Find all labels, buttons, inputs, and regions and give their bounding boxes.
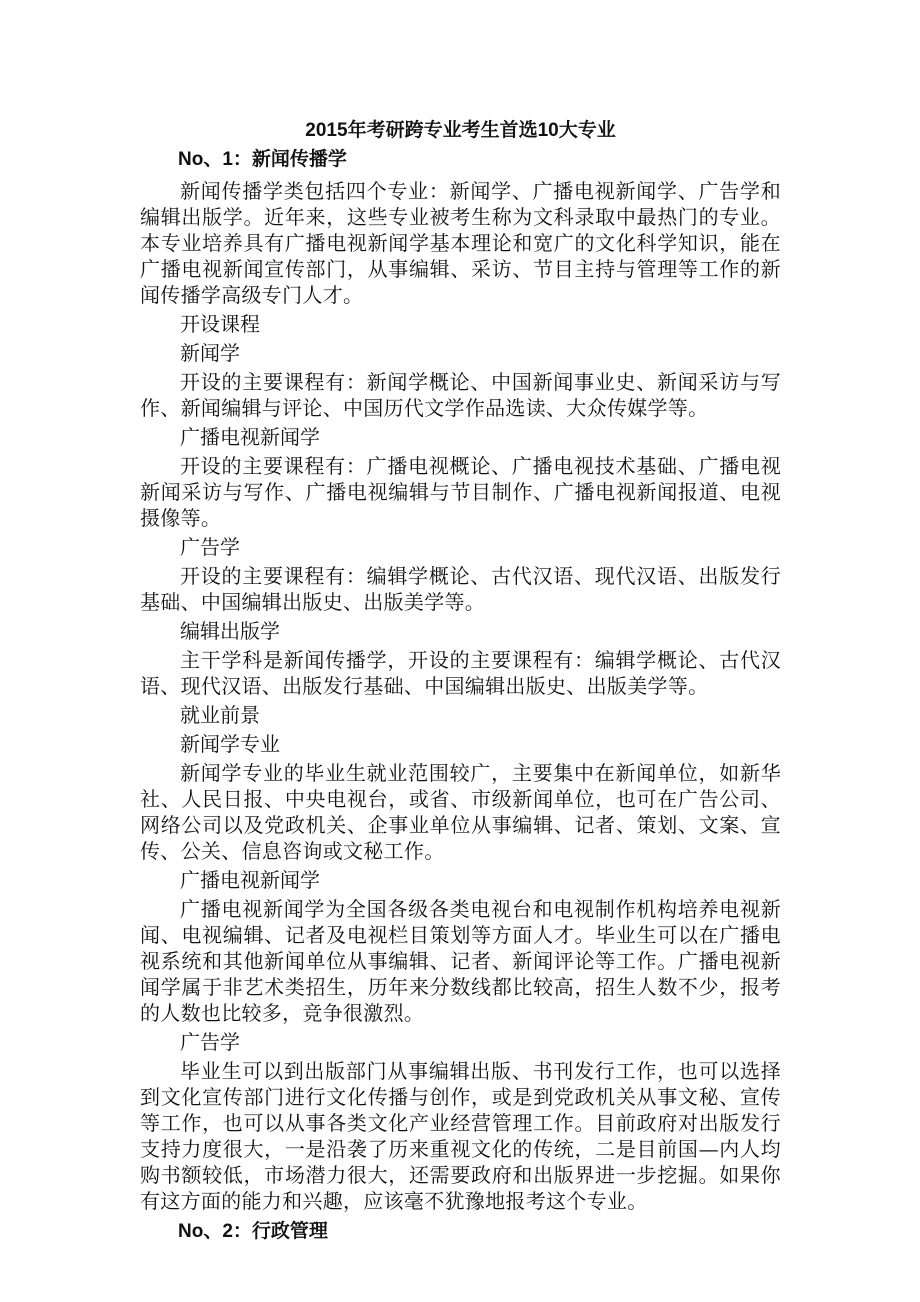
courses-heading: 开设课程 <box>140 311 781 337</box>
course-name-journalism: 新闻学 <box>140 340 781 366</box>
section-heading-2: No、2：行政管理 <box>140 1217 781 1246</box>
section-intro: 新闻传播学类包括四个专业：新闻学、广播电视新闻学、广告学和编辑出版学。近年来，这… <box>140 178 781 308</box>
document-page: 2015年考研跨专业考生首选10大专业 No、1：新闻传播学 新闻传播学类包括四… <box>140 116 781 1250</box>
employment-name-broadcast: 广播电视新闻学 <box>140 867 781 893</box>
employment-text-journalism: 新闻学专业的毕业生就业范围较广，主要集中在新闻单位，如新华社、人民日报、中央电视… <box>140 760 781 864</box>
employment-text-broadcast: 广播电视新闻学为全国各级各类电视台和电视制作机构培养电视新闻、电视编辑、记者及电… <box>140 896 781 1026</box>
course-text-advertising: 开设的主要课程有：编辑学概论、古代汉语、现代汉语、出版发行基础、中国编辑出版史、… <box>140 563 781 615</box>
course-text-publishing: 主干学科是新闻传播学，开设的主要课程有：编辑学概论、古代汉语、现代汉语、出版发行… <box>140 647 781 699</box>
employment-name-journalism: 新闻学专业 <box>140 731 781 757</box>
course-name-advertising: 广告学 <box>140 534 781 560</box>
document-title: 2015年考研跨专业考生首选10大专业 <box>140 116 781 145</box>
employment-heading: 就业前景 <box>140 702 781 728</box>
course-name-publishing: 编辑出版学 <box>140 618 781 644</box>
employment-name-advertising: 广告学 <box>140 1029 781 1055</box>
course-name-broadcast: 广播电视新闻学 <box>140 424 781 450</box>
course-text-broadcast: 开设的主要课程有：广播电视概论、广播电视技术基础、广播电视新闻采访与写作、广播电… <box>140 453 781 531</box>
section-heading-1: No、1：新闻传播学 <box>140 145 781 174</box>
employment-text-advertising: 毕业生可以到出版部门从事编辑出版、书刊发行工作，也可以选择到文化宣传部门进行文化… <box>140 1058 781 1214</box>
course-text-journalism: 开设的主要课程有：新闻学概论、中国新闻事业史、新闻采访与写作、新闻编辑与评论、中… <box>140 369 781 421</box>
